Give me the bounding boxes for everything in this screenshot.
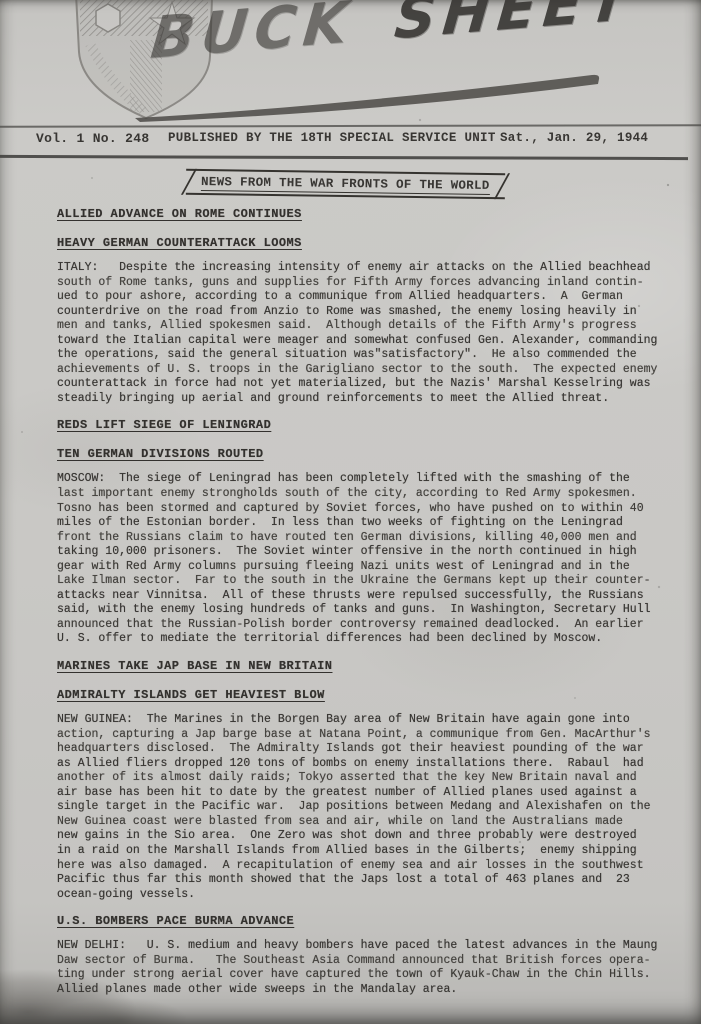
body-line: men and tanks, Allied spokesmen said. Al…	[57, 319, 661, 334]
body-line: New Guinea coast were blasted from sea a…	[57, 815, 661, 830]
volume-number: Vol. 1 No. 248	[36, 131, 149, 146]
body-line: NEW DELHI: U. S. medium and heavy bomber…	[57, 939, 661, 954]
article-body: MOSCOW: The siege of Leningrad has been …	[57, 472, 661, 647]
headline: ALLIED ADVANCE ON ROME CONTINUES	[57, 207, 661, 222]
body-line: steadily bringing up aerial and ground r…	[57, 392, 661, 407]
body-line: new gains in the Sio area. One Zero was …	[57, 829, 661, 844]
body-line: south of Rome tanks, guns and supplies f…	[57, 276, 661, 291]
body-line: ocean-going vessels.	[57, 888, 661, 903]
body-line: NEW GUINEA: The Marines in the Borgen Ba…	[57, 713, 661, 728]
body-line: Allied planes made other wide sweeps in …	[57, 983, 661, 998]
article-body: NEW DELHI: U. S. medium and heavy bomber…	[57, 939, 661, 997]
issue-date: Sat., Jan. 29, 1944	[500, 131, 648, 145]
article-burma: U.S. BOMBERS PACE BURMA ADVANCE NEW DELH…	[57, 914, 661, 997]
headline: ADMIRALTY ISLANDS GET HEAVIEST BLOW	[57, 688, 661, 703]
body-line: headquarters disclosed. The Admiralty Is…	[57, 742, 661, 757]
title-word-buck: BUCK	[148, 0, 357, 72]
body-line: said, with the enemy losing hundreds of …	[57, 603, 661, 618]
masthead-rule-bottom	[0, 155, 688, 160]
banner-title: NEWS FROM THE WAR FRONTS OF THE WORLD	[201, 175, 490, 195]
newsletter-page: BUCK SHEET Vol. 1 No. 248 PUBLISHED BY T…	[0, 0, 701, 1024]
body-line: Tosno has been stormed and captured by S…	[57, 502, 661, 517]
body-line: ued to pour ashore, according to a commu…	[57, 290, 661, 305]
section-banner: NEWS FROM THE WAR FRONTS OF THE WORLD	[186, 169, 505, 199]
article-body: NEW GUINEA: The Marines in the Borgen Ba…	[57, 713, 661, 902]
headline: REDS LIFT SIEGE OF LENINGRAD	[57, 418, 661, 433]
body-line: taking 10,000 prisoners. The Soviet wint…	[57, 545, 661, 560]
body-line: MOSCOW: The siege of Leningrad has been …	[57, 472, 661, 487]
body-line: Lake Ilman sector. Far to the south in t…	[57, 574, 661, 589]
body-line: in a raid on the Marshall Islands from A…	[57, 844, 661, 859]
articles-column: ALLIED ADVANCE ON ROME CONTINUES HEAVY G…	[57, 207, 661, 1009]
body-line: air base has been hit to date by the gre…	[57, 786, 661, 801]
body-line: achievements of U. S. troops in the Gari…	[57, 363, 661, 378]
headline: MARINES TAKE JAP BASE IN NEW BRITAIN	[57, 659, 661, 674]
body-line: here was also damaged. A recapitulation …	[57, 859, 661, 874]
body-line: announced that the Russian-Polish border…	[57, 618, 661, 633]
body-line: counterattack in force had not yet mater…	[57, 377, 661, 392]
body-line: last important enemy strongholds south o…	[57, 487, 661, 502]
body-line: front the Russians claim to have routed …	[57, 531, 661, 546]
body-line: the operations, said the general situati…	[57, 348, 661, 363]
headline: TEN GERMAN DIVISIONS ROUTED	[57, 447, 661, 462]
article-italy: ALLIED ADVANCE ON ROME CONTINUES HEAVY G…	[57, 207, 661, 406]
body-line: ting under strong aerial cover have capt…	[57, 968, 661, 983]
body-line: counterdrive on the road from Anzio to R…	[57, 305, 661, 320]
body-line: toward the Italian capital were meager a…	[57, 334, 661, 349]
body-line: another of its almost daily raids; Tokyo…	[57, 771, 661, 786]
newsletter-title: BUCK SHEET	[148, 0, 638, 72]
article-new-britain: MARINES TAKE JAP BASE IN NEW BRITAIN ADM…	[57, 659, 661, 902]
publisher-label: PUBLISHED BY THE 18TH SPECIAL SERVICE UN…	[168, 131, 496, 145]
article-body: ITALY: Despite the increasing intensity …	[57, 261, 661, 406]
body-line: miles of the Estonian border. In less th…	[57, 516, 661, 531]
body-line: Daw sector of Burma. The Southeast Asia …	[57, 954, 661, 969]
headline: HEAVY GERMAN COUNTERATTACK LOOMS	[57, 236, 661, 251]
body-line: Pacific thus far this month showed that …	[57, 873, 661, 888]
headline: U.S. BOMBERS PACE BURMA ADVANCE	[57, 914, 661, 929]
body-line: single target in the Pacific war. Jap po…	[57, 800, 661, 815]
body-line: ITALY: Despite the increasing intensity …	[57, 261, 661, 276]
body-line: action, capturing a Jap barge base at Na…	[57, 728, 661, 743]
title-underline-swoosh-icon	[132, 64, 607, 124]
title-word-sheet: SHEET	[392, 0, 638, 52]
body-line: U. S. offer to mediate the territorial d…	[57, 632, 661, 647]
banner-right-slash-icon	[494, 173, 510, 199]
masthead-rule-top	[0, 124, 701, 127]
body-line: as Allied fliers dropped 120 tons of bom…	[57, 757, 661, 772]
banner-left-slash-icon	[181, 169, 197, 195]
body-line: attacks near Vinnitsa. All of these thru…	[57, 589, 661, 604]
body-line: gear with Red Army columns pursuing flee…	[57, 560, 661, 575]
article-leningrad: REDS LIFT SIEGE OF LENINGRAD TEN GERMAN …	[57, 418, 661, 647]
volume-line: Vol. 1 No. 248 PUBLISHED BY THE 18TH SPE…	[0, 131, 701, 151]
